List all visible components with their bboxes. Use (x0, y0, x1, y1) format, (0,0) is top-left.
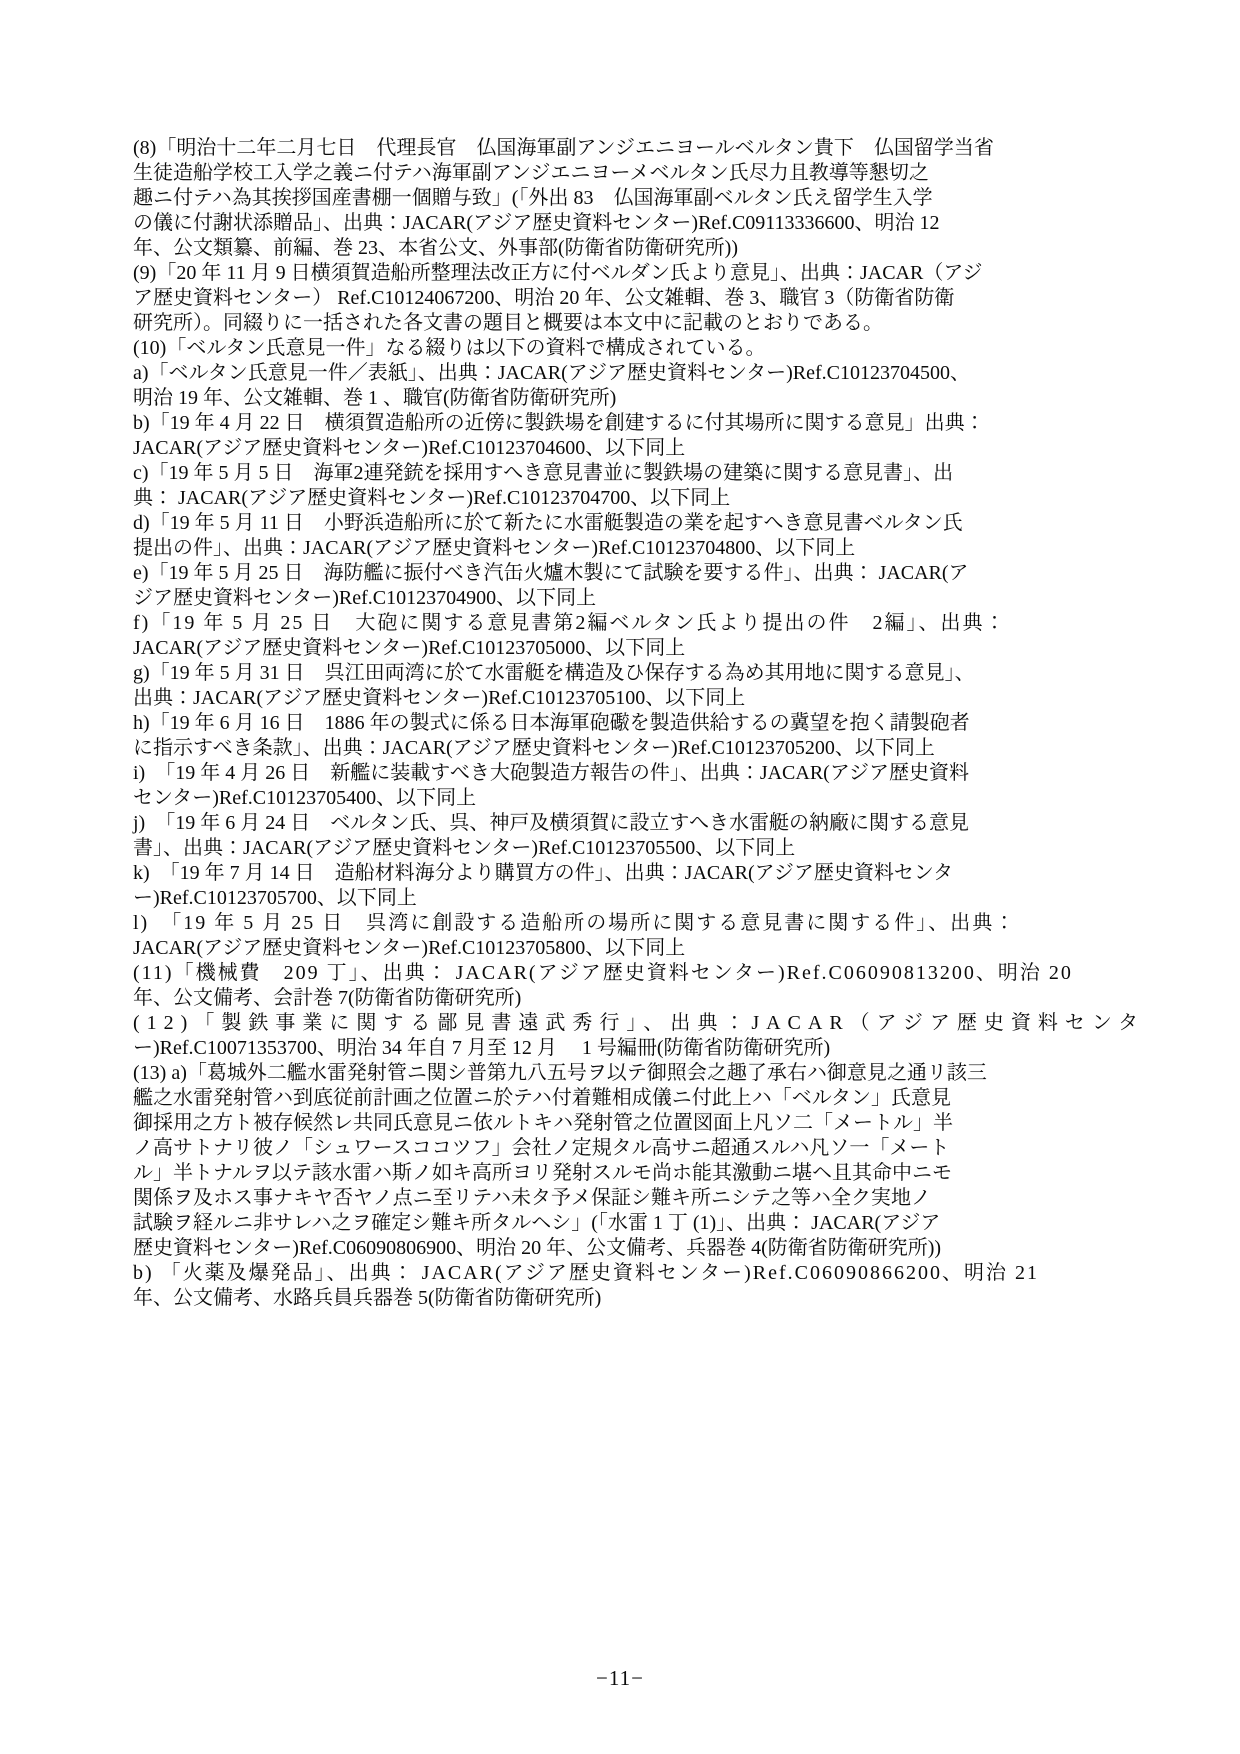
footnote-line: g)「19 年 5 月 31 日 呉江田両湾に於て水雷艇を構造及ひ保存する為め其… (133, 661, 1123, 686)
footnote-line: 年、公文備考、水路兵員兵器巻 5(防衛省防衛研究所) (133, 1286, 1123, 1311)
page-number: −11− (0, 1666, 1240, 1691)
footnote-line: (9)「20 年 11 月 9 日横須賀造船所整理法改正方に付ベルダン氏より意見… (133, 261, 1123, 286)
footnote-line: 出典：JACAR(アジア歴史資料センター)Ref.C10123705100、以下… (133, 686, 1123, 711)
footnote-line: (10)「ベルタン氏意見一件」なる綴りは以下の資料で構成されている。 (133, 336, 1123, 361)
footnote-line: k) 「19 年 7 月 14 日 造船材料海分より購買方の件」、出典：JACA… (133, 861, 1123, 886)
footnote-line: JACAR(アジア歴史資料センター)Ref.C10123704600、以下同上 (133, 436, 1123, 461)
footnote-line: l) 「19 年 5 月 25 日 呉湾に創設する造船所の場所に関する意見書に関… (133, 911, 1123, 936)
footnote-line: d)「19 年 5 月 11 日 小野浜造船所に於て新たに水雷艇製造の業を起すへ… (133, 511, 1123, 536)
footnote-line: f)「19 年 5 月 25 日 大砲に関する意見書第2編ベルタン氏より提出の件… (133, 611, 1123, 636)
footnote-line: b) 「火薬及爆発品」、出典： JACAR(アジア歴史資料センター)Ref.C0… (133, 1261, 1123, 1286)
footnote-line: e)「19 年 5 月 25 日 海防艦に振付べき汽缶火爐木製にて試験を要する件… (133, 561, 1123, 586)
footnote-line: の儀に付謝状添贈品」、出典：JACAR(アジア歴史資料センター)Ref.C091… (133, 211, 1123, 236)
footnote-line: i) 「19 年 4 月 26 日 新艦に装載すべき大砲製造方報告の件」、出典：… (133, 761, 1123, 786)
footnote-line: (12)「製鉄事業に関する鄙見書遠武秀行」、出典：JACAR（アジア歴史資料セン… (133, 1011, 1123, 1036)
footnote-line: 趣ニ付テハ為其挨拶国産書棚一個贈与致」(「外出 83 仏国海軍副ベルタン氏え留学… (133, 186, 1123, 211)
footnote-line: 関係ヲ及ホス事ナキヤ否ヤノ点ニ至リテハ未タ予メ保証シ難キ所ニシテ之等ハ全ク実地ノ (133, 1186, 1123, 1211)
footnote-line: 年、公文備考、会計巻 7(防衛省防衛研究所) (133, 986, 1123, 1011)
footnote-line: ー)Ref.C10123705700、以下同上 (133, 886, 1123, 911)
footnote-line: j) 「19 年 6 月 24 日 ベルタン氏、呉、神戸及横須賀に設立すへき水雷… (133, 811, 1123, 836)
footnote-line: JACAR(アジア歴史資料センター)Ref.C10123705000、以下同上 (133, 636, 1123, 661)
footnote-line: 艦之水雷発射管ハ到底従前計画之位置ニ於テハ付着難相成儀ニ付此上ハ「ベルタン」氏意… (133, 1086, 1123, 1111)
footnote-line: ジア歴史資料センター)Ref.C10123704900、以下同上 (133, 586, 1123, 611)
footnote-line: 書」、出典：JACAR(アジア歴史資料センター)Ref.C10123705500… (133, 836, 1123, 861)
footnote-line: 典： JACAR(アジア歴史資料センター)Ref.C10123704700、以下… (133, 486, 1123, 511)
footnote-line: 生徒造船学校工入学之義ニ付テハ海軍副アンジエニヨーメベルタン氏尽力且教導等懇切之 (133, 161, 1123, 186)
footnote-line: に指示すべき条款」、出典：JACAR(アジア歴史資料センター)Ref.C1012… (133, 736, 1123, 761)
footnote-line: 提出の件」、出典：JACAR(アジア歴史資料センター)Ref.C10123704… (133, 536, 1123, 561)
footnote-line: ー)Ref.C10071353700、明治 34 年自 7 月至 12 月 1 … (133, 1036, 1123, 1061)
footnote-line: b)「19 年 4 月 22 日 横須賀造船所の近傍に製鉄場を創建するに付其場所… (133, 411, 1123, 436)
footnote-line: センター)Ref.C10123705400、以下同上 (133, 786, 1123, 811)
footnote-line: c)「19 年 5 月 5 日 海軍2連発銃を採用すへき意見書並に製鉄場の建築に… (133, 461, 1123, 486)
footnote-line: ノ高サトナリ彼ノ「シュワースココツフ」会社ノ定規タル高サニ超通スルハ凡ソ一「メー… (133, 1136, 1123, 1161)
footnote-line: 御採用之方ト被存候然レ共同氏意見ニ依ルトキハ発射管之位置図面上凡ソ二「メートル」… (133, 1111, 1123, 1136)
footnote-line: a)「ベルタン氏意見一件／表紙」、出典：JACAR(アジア歴史資料センター)Re… (133, 361, 1123, 386)
footnote-line: h)「19 年 6 月 16 日 1886 年の製式に係る日本海軍砲礮を製造供給… (133, 711, 1123, 736)
footnote-line: (11)「機械費 209 丁」、出典： JACAR(アジア歴史資料センター)Re… (133, 961, 1123, 986)
footnote-line: 年、公文類纂、前編、巻 23、本省公文、外事部(防衛省防衛研究所)) (133, 236, 1123, 261)
footnote-line: 研究所）。同綴りに一括された各文書の題目と概要は本文中に記載のとおりである。 (133, 311, 1123, 336)
footnote-line: 明治 19 年、公文雑輯、巻 1 、職官(防衛省防衛研究所) (133, 386, 1123, 411)
footnote-line: ル」半トナルヲ以テ該水雷ハ斯ノ如キ高所ヨリ発射スルモ尚ホ能其激動ニ堪ヘ且其命中ニ… (133, 1161, 1123, 1186)
footnote-line: JACAR(アジア歴史資料センター)Ref.C10123705800、以下同上 (133, 936, 1123, 961)
footnote-line: 歴史資料センター)Ref.C06090806900、明治 20 年、公文備考、兵… (133, 1236, 1123, 1261)
footnote-line: (13) a)「葛城外二艦水雷発射管ニ関シ普第九八五号ヲ以テ御照会之趣了承右ハ御… (133, 1061, 1123, 1086)
footnotes-section: (8)「明治十二年二月七日 代理長官 仏国海軍副アンジエニヨールベルタン貴下 仏… (133, 136, 1123, 1311)
footnote-line: (8)「明治十二年二月七日 代理長官 仏国海軍副アンジエニヨールベルタン貴下 仏… (133, 136, 1123, 161)
footnote-line: 試験ヲ経ルニ非サレハ之ヲ確定シ難キ所タルヘシ」(「水雷 1 丁 (1)」、出典：… (133, 1211, 1123, 1236)
footnote-line: ア歴史資料センター） Ref.C10124067200、明治 20 年、公文雑輯… (133, 286, 1123, 311)
